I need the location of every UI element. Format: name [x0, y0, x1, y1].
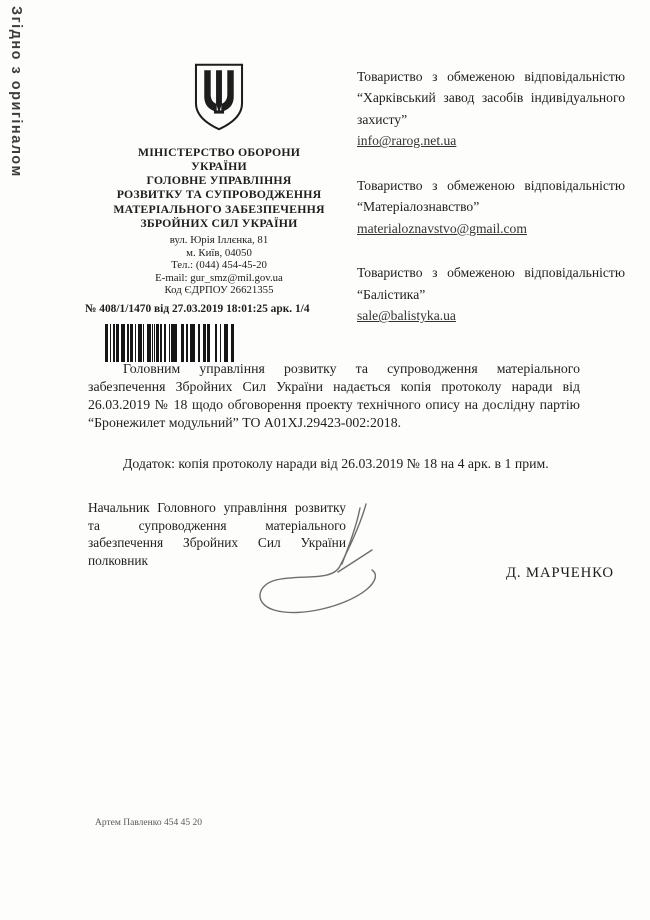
recipient-block: Товариство з обмеженою відповідальністю …	[357, 66, 625, 152]
recipient-email: materialoznavstvo@gmail.com	[357, 218, 625, 239]
handwritten-signature	[248, 500, 388, 630]
address-street: вул. Юрія Іллєнка, 81	[85, 234, 353, 247]
recipient-name: Товариство з обмеженою відповідальністю …	[357, 66, 625, 130]
org-name-line: ЗБРОЙНИХ СИЛ УКРАЇНИ	[85, 216, 353, 230]
recipient-block: Товариство з обмеженою відповідальністю …	[357, 262, 625, 326]
attachment-note: Додаток: копія протоколу наради від 26.0…	[88, 455, 580, 473]
address-email: E-mail: gur_smz@mil.gov.ua	[85, 272, 353, 285]
org-name-line: УКРАЇНИ	[85, 159, 353, 173]
org-name-line: ГОЛОВНЕ УПРАВЛІННЯ	[85, 173, 353, 187]
recipient-email: sale@balistyka.ua	[357, 305, 625, 326]
recipient-name: Товариство з обмеженою відповідальністю …	[357, 262, 625, 305]
recipient-email: info@rarog.net.ua	[357, 130, 625, 151]
executor-note: Артем Павленко 454 45 20	[95, 818, 202, 828]
recipient-block: Товариство з обмеженою відповідальністю …	[357, 175, 625, 239]
org-name-line: МІНІСТЕРСТВО ОБОРОНИ	[85, 145, 353, 159]
recipient-name: Товариство з обмеженою відповідальністю …	[357, 175, 625, 218]
address-city: м. Київ, 04050	[85, 247, 353, 260]
certification-stamp: Згідно з оригіналом	[8, 6, 24, 178]
signer-name: Д. МАРЧЕНКО	[506, 565, 614, 582]
letterhead: МІНІСТЕРСТВО ОБОРОНИ УКРАЇНИ ГОЛОВНЕ УПР…	[85, 62, 353, 362]
address-phone: Тел.: (044) 454-45-20	[85, 259, 353, 272]
recipients-list: Товариство з обмеженою відповідальністю …	[357, 66, 625, 350]
ukraine-trident-emblem-icon	[191, 62, 247, 137]
address-edrpou-code: Код ЄДРПОУ 26621355	[85, 284, 353, 297]
letter-body: Головним управління розвитку та супровод…	[88, 360, 580, 473]
body-paragraph: Головним управління розвитку та супровод…	[88, 360, 580, 432]
scanned-letter-page: Згідно з оригіналом МІНІСТЕРСТВО ОБОРОНИ…	[0, 0, 650, 920]
registration-number-line: № 408/1/1470 від 27.03.2019 18:01:25 арк…	[85, 303, 353, 315]
org-name-line: РОЗВИТКУ ТА СУПРОВОДЖЕННЯ	[85, 187, 353, 201]
document-barcode	[105, 324, 235, 362]
org-name-line: МАТЕРІАЛЬНОГО ЗАБЕЗПЕЧЕННЯ	[85, 202, 353, 216]
